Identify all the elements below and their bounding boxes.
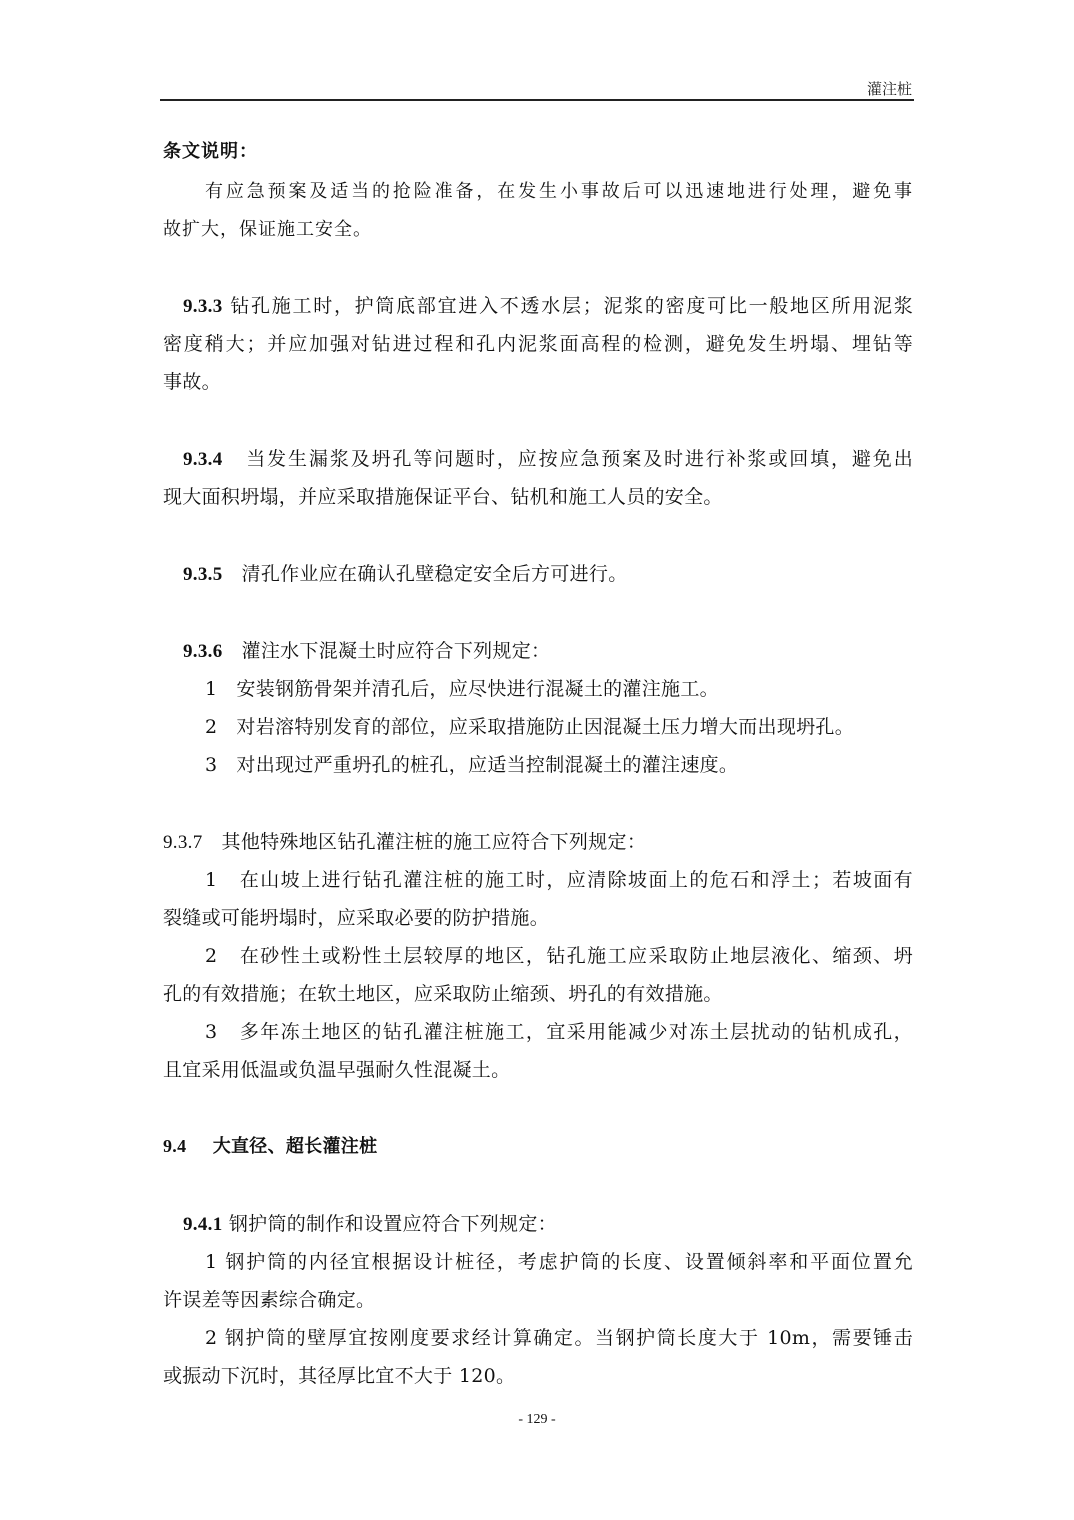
list-item: 1 安装钢筋骨架并清孔后，应尽快进行混凝土的灌注施工。	[205, 674, 955, 701]
clause-text: 钻孔施工时，护筒底部宜进入不透水层；泥浆的密度可比一般地区所用泥浆	[230, 295, 913, 317]
clause-number: 9.3.7	[163, 832, 203, 853]
clause-number: 9.3.5	[183, 564, 223, 585]
clause-number: 9.3.6	[183, 641, 223, 662]
clause-number: 9.3.4	[183, 449, 223, 470]
clause-text: 清孔作业应在确认孔壁稳定安全后方可进行。	[242, 563, 628, 585]
page-header-title: 灌注桩	[867, 78, 912, 99]
list-item: 3 对出现过严重坍孔的桩孔，应适当控制混凝土的灌注速度。	[205, 750, 955, 777]
section-heading-9-4: 9.4 大直径、超长灌注桩	[163, 1132, 913, 1158]
list-item-continuation: 孔的有效措施；在软土地区，应采取防止缩颈、坍孔的有效措施。	[163, 979, 913, 1006]
list-item-continuation: 许误差等因素综合确定。	[163, 1285, 913, 1312]
list-item: 2 对岩溶特别发育的部位，应采取措施防止因混凝土压力增大而出现坍孔。	[205, 712, 955, 739]
explanation-line-1: 有应急预案及适当的抢险准备，在发生小事故后可以迅速地进行处理，避免事	[205, 177, 913, 203]
list-item: 1 在山坡上进行钻孔灌注桩的施工时，应清除坡面上的危石和浮土；若坡面有	[205, 865, 913, 892]
list-item: 3 多年冻土地区的钻孔灌注桩施工，宜采用能减少对冻土层扰动的钻机成孔，	[205, 1017, 913, 1044]
clause-text: 灌注水下混凝土时应符合下列规定：	[242, 640, 551, 662]
clause-number: 9.4.1	[183, 1214, 223, 1235]
clause-text: 密度稍大；并应加强对钻进过程和孔内泥浆面高程的检测，避免发生坍塌、埋钻等	[163, 329, 913, 356]
explanation-heading: 条文说明：	[163, 137, 913, 163]
list-item-continuation: 且宜采用低温或负温早强耐久性混凝土。	[163, 1055, 913, 1082]
list-item: 1 钢护筒的内径宜根据设计桩径，考虑护筒的长度、设置倾斜率和平面位置允	[205, 1247, 913, 1274]
list-item-continuation: 裂缝或可能坍塌时，应采取必要的防护措施。	[163, 903, 913, 930]
clause-number: 9.3.3	[183, 296, 223, 317]
list-item: 2 钢护筒的壁厚宜按刚度要求经计算确定。当钢护筒长度大于 10m，需要锤击	[205, 1323, 913, 1350]
list-item: 2 在砂性土或粉性土层较厚的地区，钻孔施工应采取防止地层液化、缩颈、坍	[205, 941, 913, 968]
clause-text: 钢护筒的制作和设置应符合下列规定：	[229, 1213, 557, 1235]
clause-text: 现大面积坍塌，并应采取措施保证平台、钻机和施工人员的安全。	[163, 482, 913, 509]
page-number: - 129 -	[0, 1412, 1074, 1428]
header-rule	[160, 99, 914, 101]
list-item-continuation: 或振动下沉时，其径厚比宜不大于 120。	[163, 1361, 913, 1388]
clause-text: 事故。	[163, 367, 913, 394]
clause-text: 其他特殊地区钻孔灌注桩的施工应符合下列规定：	[222, 831, 647, 853]
explanation-line-2: 故扩大，保证施工安全。	[163, 215, 913, 241]
clause-text: 当发生漏浆及坍孔等问题时，应按应急预案及时进行补浆或回填，避免出	[246, 448, 913, 470]
